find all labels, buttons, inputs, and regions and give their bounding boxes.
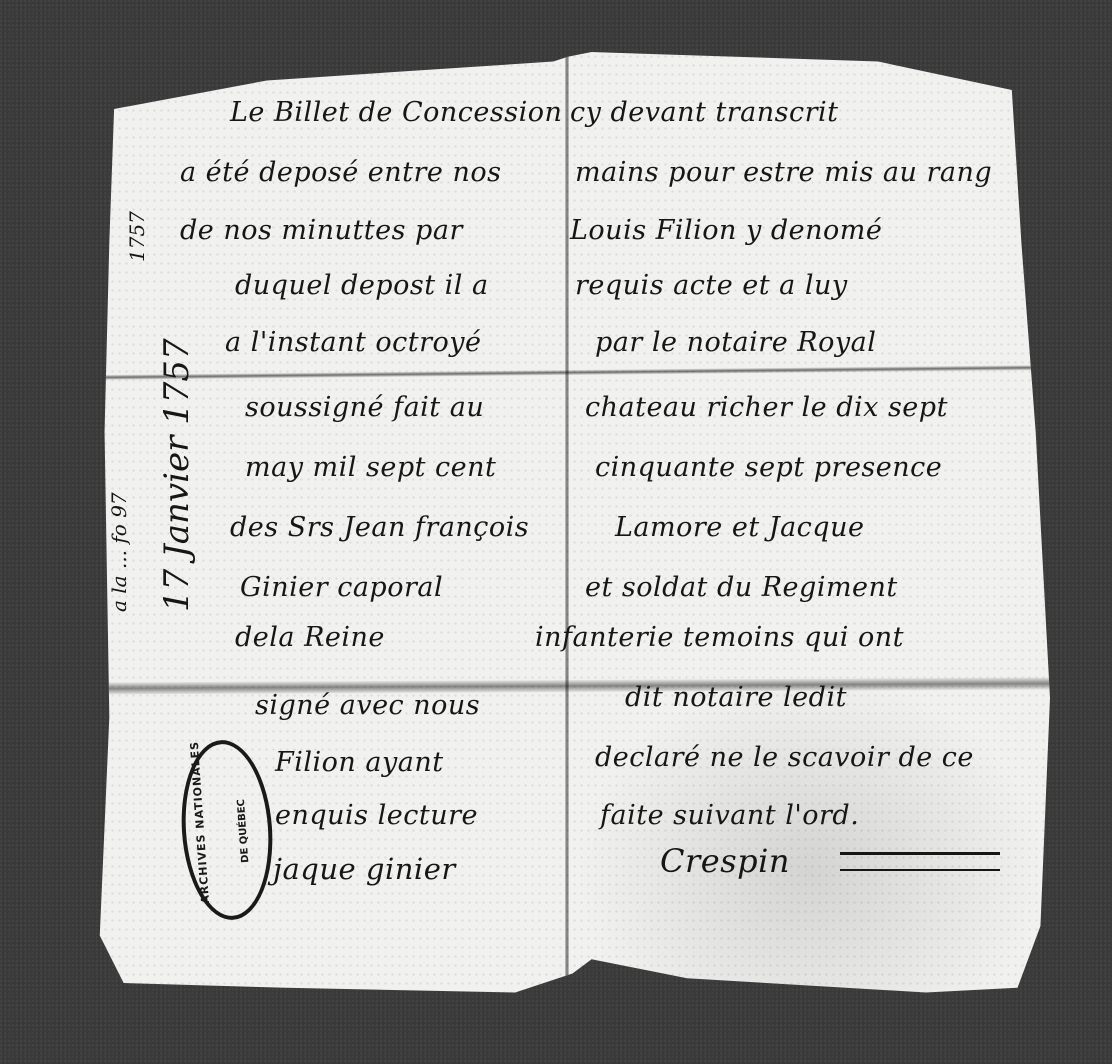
vertical-fold <box>565 52 569 1002</box>
signature-flourish <box>840 852 1000 871</box>
line-1-left: Le Billet de Concession <box>230 97 562 128</box>
line-8-left: des Srs Jean françois <box>230 512 529 543</box>
line-11-right: dit notaire ledit <box>625 682 847 713</box>
line-7-right: cinquante sept presence <box>595 452 942 483</box>
stamp-inner-text: DE QUÉBEC <box>236 799 251 863</box>
line-5-right: par le notaire Royal <box>595 327 876 358</box>
line-5-left: a l'instant octroyé <box>225 327 482 358</box>
line-13-left: enquis lecture <box>275 800 478 831</box>
horizontal-fold-upper <box>95 365 1050 380</box>
line-2-right: mains pour estre mis au rang <box>575 157 992 188</box>
line-6-right: chateau richer le dix sept <box>585 392 948 423</box>
stamp-outer-text: ARCHIVES NATIONALES <box>188 740 212 904</box>
line-2-left: a été deposé entre nos <box>180 157 501 188</box>
line-12-right: declaré ne le scavoir de ce <box>595 742 974 773</box>
line-3-left: de nos minuttes par <box>180 215 463 246</box>
line-10-right: infanterie temoins qui ont <box>535 622 904 653</box>
notary-signature: Crespin <box>660 842 790 880</box>
line-13-right: faite suivant l'ord. <box>600 800 859 831</box>
margin-note-date: 17 Janvier 1757 <box>157 338 197 612</box>
line-7-left: may mil sept cent <box>245 452 496 483</box>
line-4-left: duquel depost il a <box>235 270 489 301</box>
line-3-right: Louis Filion y denomé <box>570 215 882 246</box>
line-11-left: signé avec nous <box>255 690 480 721</box>
margin-note-year: 1757 <box>125 211 149 262</box>
archive-stamp: ARCHIVES NATIONALES DE QUÉBEC <box>176 737 278 923</box>
margin-note-outer: a la ... fo 97 <box>107 492 131 612</box>
line-4-right: requis acte et a luy <box>575 270 848 301</box>
line-10-left: dela Reine <box>235 622 385 653</box>
line-12-left: Filion ayant <box>275 747 444 778</box>
paper-stain <box>575 672 1045 1002</box>
line-6-left: soussigné fait au <box>245 392 484 423</box>
line-9-right: et soldat du Regiment <box>585 572 898 603</box>
line-9-left: Ginier caporal <box>240 572 443 603</box>
line-1-right: cy devant transcrit <box>570 97 839 128</box>
document-sheet: a la ... fo 97 1757 17 Janvier 1757 Le B… <box>95 52 1050 1002</box>
witness-signature: jaque ginier <box>273 852 456 886</box>
line-8-right: Lamore et Jacque <box>615 512 864 543</box>
